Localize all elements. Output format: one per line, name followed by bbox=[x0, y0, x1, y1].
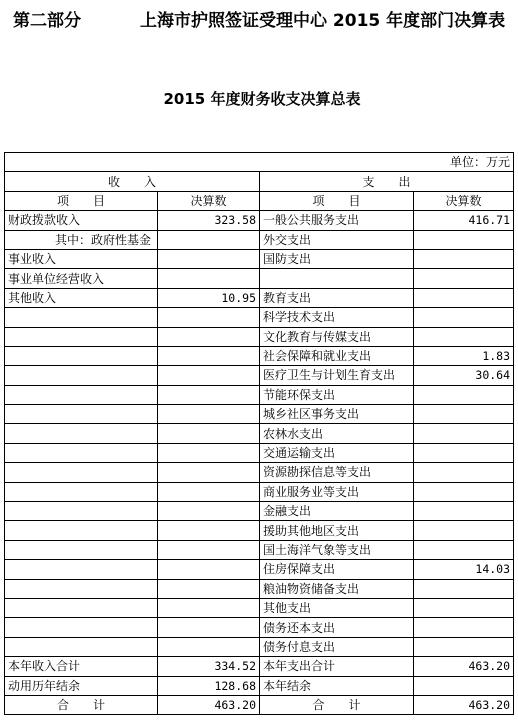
expense-item: 金融支出 bbox=[260, 502, 414, 521]
income-item bbox=[5, 405, 158, 424]
table-row: 农林水支出 bbox=[5, 424, 514, 443]
income-total-amount: 463.20 bbox=[158, 695, 260, 714]
table-row: 其他支出 bbox=[5, 598, 514, 617]
table-row: 资源勘探信息等支出 bbox=[5, 463, 514, 482]
income-amount-header: 决算数 bbox=[158, 191, 260, 210]
expense-item-header: 项 目 bbox=[260, 191, 414, 210]
expense-amount bbox=[414, 288, 514, 307]
expense-amount-header: 决算数 bbox=[414, 191, 514, 210]
expense-amount bbox=[414, 269, 514, 288]
expense-amount: 1.83 bbox=[414, 346, 514, 365]
expense-amount: 463.20 bbox=[414, 657, 514, 676]
section-header-row: 收 入 支 出 bbox=[5, 172, 514, 191]
expense-total-label: 合 计 bbox=[260, 695, 414, 714]
income-item: 本年收入合计 bbox=[5, 657, 158, 676]
expense-item: 援助其他地区支出 bbox=[260, 521, 414, 540]
column-header-row: 项 目 决算数 项 目 决算数 bbox=[5, 191, 514, 210]
expense-amount bbox=[414, 249, 514, 268]
income-heading: 收 入 bbox=[5, 172, 260, 191]
income-item: 事业单位经营收入 bbox=[5, 269, 158, 288]
expense-item: 外交支出 bbox=[260, 230, 414, 249]
total-row: 合 计463.20合 计463.20 bbox=[5, 695, 514, 714]
expense-amount bbox=[414, 579, 514, 598]
income-amount bbox=[158, 502, 260, 521]
table-row: 其他收入10.95教育支出 bbox=[5, 288, 514, 307]
income-item: 其他收入 bbox=[5, 288, 158, 307]
income-item bbox=[5, 579, 158, 598]
table-row: 债务付息支出 bbox=[5, 637, 514, 656]
expense-item: 国防支出 bbox=[260, 249, 414, 268]
income-amount bbox=[158, 540, 260, 559]
document-title: 上海市护照签证受理中心 2015 年度部门决算表 bbox=[140, 6, 505, 31]
income-amount bbox=[158, 249, 260, 268]
income-amount bbox=[158, 385, 260, 404]
expense-amount bbox=[414, 521, 514, 540]
table-row: 交通运输支出 bbox=[5, 443, 514, 462]
part-label: 第二部分 bbox=[13, 6, 81, 31]
expense-amount: 30.64 bbox=[414, 366, 514, 385]
expense-amount: 416.71 bbox=[414, 211, 514, 230]
income-total-label: 合 计 bbox=[5, 695, 158, 714]
expense-amount bbox=[414, 405, 514, 424]
table-row: 动用历年结余128.68本年结余 bbox=[5, 676, 514, 695]
income-amount bbox=[158, 308, 260, 327]
income-amount: 10.95 bbox=[158, 288, 260, 307]
table-row: 粮油物资储备支出 bbox=[5, 579, 514, 598]
expense-amount bbox=[414, 676, 514, 695]
expense-item: 本年支出合计 bbox=[260, 657, 414, 676]
expense-item: 其他支出 bbox=[260, 598, 414, 617]
income-amount bbox=[158, 269, 260, 288]
income-amount bbox=[158, 463, 260, 482]
table-row: 国土海洋气象等支出 bbox=[5, 540, 514, 559]
income-amount bbox=[158, 637, 260, 656]
expense-item: 债务付息支出 bbox=[260, 637, 414, 656]
expense-item: 医疗卫生与计划生育支出 bbox=[260, 366, 414, 385]
expense-item: 商业服务业等支出 bbox=[260, 482, 414, 501]
income-item bbox=[5, 618, 158, 637]
income-amount bbox=[158, 560, 260, 579]
income-item bbox=[5, 424, 158, 443]
income-amount bbox=[158, 482, 260, 501]
expense-item: 城乡社区事务支出 bbox=[260, 405, 414, 424]
income-item bbox=[5, 385, 158, 404]
income-item bbox=[5, 327, 158, 346]
table-row: 金融支出 bbox=[5, 502, 514, 521]
income-amount bbox=[158, 424, 260, 443]
income-item bbox=[5, 463, 158, 482]
income-amount bbox=[158, 366, 260, 385]
table-row: 债务还本支出 bbox=[5, 618, 514, 637]
table-row: 文化教育与传媒支出 bbox=[5, 327, 514, 346]
income-item bbox=[5, 598, 158, 617]
expense-amount bbox=[414, 502, 514, 521]
expense-item bbox=[260, 269, 414, 288]
table-title: 2015 年度财务收支决算总表 bbox=[0, 88, 518, 109]
expense-amount bbox=[414, 482, 514, 501]
table-row: 财政拨款收入323.58一般公共服务支出416.71 bbox=[5, 211, 514, 230]
expense-item: 文化教育与传媒支出 bbox=[260, 327, 414, 346]
unit-label: 单位：万元 bbox=[5, 153, 514, 172]
expense-item: 一般公共服务支出 bbox=[260, 211, 414, 230]
income-amount bbox=[158, 579, 260, 598]
income-item bbox=[5, 308, 158, 327]
expense-amount bbox=[414, 443, 514, 462]
expense-item: 交通运输支出 bbox=[260, 443, 414, 462]
expense-amount bbox=[414, 463, 514, 482]
income-amount bbox=[158, 618, 260, 637]
table-row: 本年收入合计334.52本年支出合计463.20 bbox=[5, 657, 514, 676]
income-amount bbox=[158, 521, 260, 540]
expense-amount: 14.03 bbox=[414, 560, 514, 579]
table-row: 援助其他地区支出 bbox=[5, 521, 514, 540]
expense-amount bbox=[414, 598, 514, 617]
income-amount bbox=[158, 346, 260, 365]
expense-item: 教育支出 bbox=[260, 288, 414, 307]
expense-amount bbox=[414, 327, 514, 346]
income-item bbox=[5, 560, 158, 579]
income-item bbox=[5, 502, 158, 521]
expense-item: 住房保障支出 bbox=[260, 560, 414, 579]
expense-item: 农林水支出 bbox=[260, 424, 414, 443]
expense-item: 社会保障和就业支出 bbox=[260, 346, 414, 365]
income-amount bbox=[158, 230, 260, 249]
expense-item: 资源勘探信息等支出 bbox=[260, 463, 414, 482]
unit-row: 单位：万元 bbox=[5, 153, 514, 172]
expense-item: 节能环保支出 bbox=[260, 385, 414, 404]
expense-item: 债务还本支出 bbox=[260, 618, 414, 637]
table-row: 商业服务业等支出 bbox=[5, 482, 514, 501]
expense-item: 粮油物资储备支出 bbox=[260, 579, 414, 598]
expense-amount bbox=[414, 637, 514, 656]
expense-amount bbox=[414, 540, 514, 559]
income-amount: 128.68 bbox=[158, 676, 260, 695]
expense-amount bbox=[414, 424, 514, 443]
income-item: 其中：政府性基金 bbox=[5, 230, 158, 249]
income-amount bbox=[158, 598, 260, 617]
table-row: 城乡社区事务支出 bbox=[5, 405, 514, 424]
expense-heading: 支 出 bbox=[260, 172, 514, 191]
table-row: 医疗卫生与计划生育支出30.64 bbox=[5, 366, 514, 385]
income-item bbox=[5, 637, 158, 656]
table-row: 事业收入国防支出 bbox=[5, 249, 514, 268]
income-item: 财政拨款收入 bbox=[5, 211, 158, 230]
income-amount bbox=[158, 443, 260, 462]
table-row: 科学技术支出 bbox=[5, 308, 514, 327]
expense-total-amount: 463.20 bbox=[414, 695, 514, 714]
income-item: 事业收入 bbox=[5, 249, 158, 268]
income-item bbox=[5, 540, 158, 559]
expense-item: 科学技术支出 bbox=[260, 308, 414, 327]
income-amount bbox=[158, 405, 260, 424]
income-item bbox=[5, 482, 158, 501]
income-amount bbox=[158, 327, 260, 346]
income-amount: 323.58 bbox=[158, 211, 260, 230]
expense-amount bbox=[414, 308, 514, 327]
expense-item: 本年结余 bbox=[260, 676, 414, 695]
income-item-header: 项 目 bbox=[5, 191, 158, 210]
table-row: 节能环保支出 bbox=[5, 385, 514, 404]
income-item bbox=[5, 346, 158, 365]
table-row: 社会保障和就业支出1.83 bbox=[5, 346, 514, 365]
expense-amount bbox=[414, 618, 514, 637]
expense-item: 国土海洋气象等支出 bbox=[260, 540, 414, 559]
table-row: 住房保障支出14.03 bbox=[5, 560, 514, 579]
table-row: 其中：政府性基金外交支出 bbox=[5, 230, 514, 249]
expense-amount bbox=[414, 230, 514, 249]
budget-summary-table: 单位：万元 收 入 支 出 项 目 决算数 项 目 决算数 财政拨款收入323.… bbox=[4, 152, 514, 715]
income-item: 动用历年结余 bbox=[5, 676, 158, 695]
table-row: 事业单位经营收入 bbox=[5, 269, 514, 288]
income-item bbox=[5, 366, 158, 385]
income-amount: 334.52 bbox=[158, 657, 260, 676]
income-item bbox=[5, 521, 158, 540]
expense-amount bbox=[414, 385, 514, 404]
income-item bbox=[5, 443, 158, 462]
